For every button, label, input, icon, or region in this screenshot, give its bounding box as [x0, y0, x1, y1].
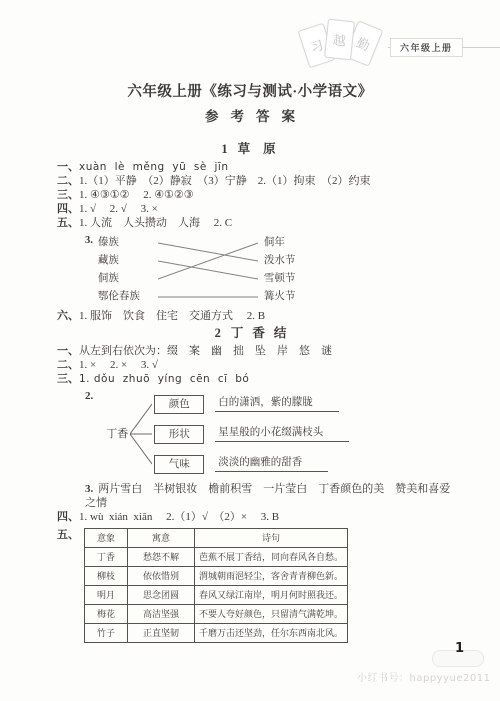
cell-imagery: 丁香 — [85, 548, 128, 567]
answer-text: 1. √ 2. √ 3. × — [79, 202, 158, 216]
cell-meaning: 高洁坚强 — [128, 605, 195, 624]
festival: 侗年 — [264, 234, 296, 252]
cell-imagery: 竹子 — [85, 624, 128, 643]
col-header-imagery: 意象 — [85, 529, 128, 548]
table-row: 明月 思念团圆 春风又绿江南岸，明月何时照我还。 — [85, 586, 348, 605]
section-number: 2 — [215, 326, 221, 340]
cell-verse: 芭蕉不展丁香结，同向春风各自愁。 — [195, 548, 348, 567]
answer-text: 1. dǒu zhuō yíng cēn cī bó — [79, 372, 249, 386]
col-header-verse: 诗句 — [195, 529, 348, 548]
cell-imagery: 梅花 — [85, 605, 128, 624]
item-marker: 2. — [85, 389, 93, 479]
festival: 雪顿节 — [264, 270, 296, 288]
watermark-logo — [432, 650, 484, 667]
answer-line: 三、 1. dǒu zhuō yíng cēn cī bó — [57, 372, 453, 386]
answer-text: 1. 人流 人头攒动 人海 2. C — [79, 216, 232, 230]
section-1-heading: 1 草原 — [57, 142, 453, 156]
answer-text: 1.（1）平静 （2）静寂 （3）宁静 2.（1）拘束 （2）约束 — [79, 174, 371, 188]
section-number: 1 — [221, 142, 227, 156]
item-marker: 3. — [85, 482, 93, 496]
answer-text: 两片雪白 半树银妆 檐前积雪 一片莹白 丁香颜色的美 赞美和喜爱 — [98, 482, 450, 496]
page-title: 参考答案 — [0, 105, 500, 125]
answer-text: 1. ④③①② 2. ④①②③ — [79, 188, 194, 202]
cell-imagery: 明月 — [85, 586, 128, 605]
answer-page: 习 越 勤 六年级上册 六年级上册《练习与测试·小学语文》 参考答案 1 草原 … — [0, 0, 500, 701]
book-title: 六年级上册《练习与测试·小学语文》 — [0, 80, 500, 101]
item-marker: 3. — [85, 234, 93, 306]
answer-line: 六、 1. 服饰 饮食 住宅 交通方式 2. B — [57, 309, 453, 323]
festival: 篝火节 — [264, 288, 296, 306]
imagery-table-block: 五、 意象 寓意 诗句 丁香 愁怨不解 芭蕉不展丁香结，同向春风各自愁。 — [57, 528, 453, 643]
cell-verse: 千磨万击还坚劲，任尔东西南北风。 — [195, 624, 348, 643]
cell-meaning: 思念团圆 — [128, 586, 195, 605]
col-header-meaning: 寓意 — [128, 529, 195, 548]
section-title: 丁香结 — [231, 326, 296, 340]
answer-text: 之情 — [85, 496, 107, 510]
brand-card-char: 越 — [332, 29, 347, 49]
volume-badge: 六年级上册 — [390, 38, 463, 57]
table-row: 丁香 愁怨不解 芭蕉不展丁香结，同向春风各自愁。 — [85, 548, 348, 567]
section-2-heading: 2 丁香结 — [57, 326, 453, 340]
cell-meaning: 依依惜别 — [128, 567, 195, 586]
table-row: 柳枝 依依惜别 渭城朝雨浥轻尘，客舍青青柳色新。 — [85, 567, 348, 586]
answer-text: 从左到右依次为：缀 案 幽 拙 坠 岸 悠 谜 — [79, 344, 332, 358]
cell-verse: 渭城朝雨浥轻尘，客舍青青柳色新。 — [195, 567, 348, 586]
brand-cards-logo: 习 越 勤 — [300, 12, 392, 74]
item-marker: 三、 — [57, 188, 79, 202]
matching-right-column: 侗年 泼水节 雪顿节 篝火节 — [264, 234, 296, 306]
answer-line: 三、 1. ④③①② 2. ④①②③ — [57, 188, 453, 202]
cell-verse: 不要人夸好颜色，只留清气满乾坤。 — [195, 605, 348, 624]
answers-content: 1 草原 一、 xuàn lè měng yū sè jīn 二、 1.（1）平… — [57, 139, 453, 643]
table-header-row: 意象 寓意 诗句 — [85, 529, 348, 548]
ethnic-group: 藏族 — [98, 252, 158, 270]
table-row: 梅花 高洁坚强 不要人夸好颜色，只留清气满乾坤。 — [85, 605, 348, 624]
matching-exercise: 3. 傣族 藏族 侗族 鄂伦春族 侗年 泼水节 雪顿节 篝火节 — [85, 234, 453, 306]
lilac-diagram: 2. 丁香 颜色 白的潇洒，紫的朦胧 形状 星星般的小花缀满枝头 气味 淡淡的幽… — [85, 389, 453, 479]
cell-meaning: 正直坚韧 — [128, 624, 195, 643]
answer-line: 二、 1.（1）平静 （2）静寂 （3）宁静 2.（1）拘束 （2）约束 — [57, 174, 453, 188]
ethnic-group: 侗族 — [98, 270, 158, 288]
item-marker: 二、 — [57, 358, 79, 372]
ethnic-group: 傣族 — [98, 234, 158, 252]
item-marker: 四、 — [57, 510, 79, 524]
branch-label-box: 颜色 — [154, 395, 204, 414]
brand-card-char: 习 — [307, 34, 325, 56]
branch-label-box: 气味 — [154, 455, 204, 474]
diagram-branches: 颜色 白的潇洒，紫的朦胧 形状 星星般的小花缀满枝头 气味 淡淡的幽雅的甜香 — [154, 389, 349, 479]
diagram-branch: 气味 淡淡的幽雅的甜香 — [154, 449, 349, 479]
answer-line: 二、 1. × 2. × 3. √ — [57, 358, 453, 372]
table-row: 竹子 正直坚韧 千磨万击还坚劲，任尔东西南北风。 — [85, 624, 348, 643]
item-marker: 五、 — [57, 528, 84, 643]
cell-verse: 春风又绿江南岸，明月何时照我还。 — [195, 586, 348, 605]
answer-line: 之情 — [85, 496, 453, 510]
branch-answer: 淡淡的幽雅的甜香 — [215, 456, 328, 472]
branch-answer: 星星般的小花缀满枝头 — [215, 426, 349, 442]
item-marker: 六、 — [57, 309, 79, 323]
answer-text: 1. 服饰 饮食 住宅 交通方式 2. B — [79, 309, 265, 323]
answer-text: xuàn lè měng yū sè jīn — [79, 160, 229, 174]
branch-answer: 白的潇洒，紫的朦胧 — [215, 396, 339, 412]
answer-line: 一、 从左到右依次为：缀 案 幽 拙 坠 岸 悠 谜 — [57, 344, 453, 358]
brand-card: 越 — [324, 19, 355, 61]
matching-lines-svg — [158, 234, 258, 306]
festival: 泼水节 — [264, 252, 296, 270]
answer-line: 四、 1. wù xián xiān 2.（1）√ （2）× 3. B — [57, 510, 453, 524]
branch-label-box: 形状 — [154, 425, 204, 444]
diagram-branch: 颜色 白的潇洒，紫的朦胧 — [154, 389, 349, 419]
answer-text: 1. × 2. × 3. √ — [79, 358, 158, 372]
imagery-table: 意象 寓意 诗句 丁香 愁怨不解 芭蕉不展丁香结，同向春风各自愁。 柳枝 依依惜… — [84, 528, 348, 643]
answer-line: 一、 xuàn lè měng yū sè jīn — [57, 160, 453, 174]
cell-imagery: 柳枝 — [85, 567, 128, 586]
matching-left-column: 傣族 藏族 侗族 鄂伦春族 — [98, 234, 158, 306]
ethnic-group: 鄂伦春族 — [98, 288, 158, 306]
watermark-text: 小红书号：happyyue2011 — [357, 669, 490, 684]
answer-line: 五、 1. 人流 人头攒动 人海 2. C — [57, 216, 453, 230]
item-marker: 五、 — [57, 216, 79, 230]
answer-line: 四、 1. √ 2. √ 3. × — [57, 202, 453, 216]
answer-line: 3. 两片雪白 半树银妆 檐前积雪 一片莹白 丁香颜色的美 赞美和喜爱 — [85, 482, 453, 496]
item-marker: 一、 — [57, 160, 79, 174]
cell-meaning: 愁怨不解 — [128, 548, 195, 567]
item-marker: 二、 — [57, 174, 79, 188]
item-marker: 一、 — [57, 344, 79, 358]
diagram-connector-svg — [130, 389, 152, 479]
diagram-root-label: 丁香 — [106, 427, 128, 441]
brand-card-char: 勤 — [354, 32, 373, 54]
item-marker: 四、 — [57, 202, 79, 216]
item-marker: 三、 — [57, 372, 79, 386]
diagram-branch: 形状 星星般的小花缀满枝头 — [154, 419, 349, 449]
section-title: 草原 — [238, 142, 289, 156]
answer-text: 1. wù xián xiān 2.（1）√ （2）× 3. B — [79, 510, 279, 524]
